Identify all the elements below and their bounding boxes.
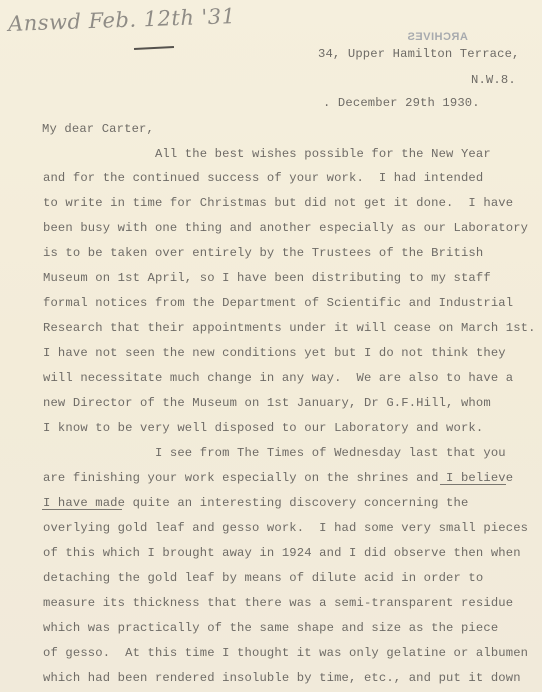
body-line: I have not seen the new conditions yet b… — [43, 346, 506, 360]
body-line: of gesso. At this time I thought it was … — [43, 646, 528, 660]
body-line: formal notices from the Department of Sc… — [43, 296, 513, 310]
handwritten-annotation: Answd Feb. 12th '31 — [8, 4, 236, 36]
body-line: measure its thickness that there was a s… — [43, 596, 513, 610]
body-line: Research that their appointments under i… — [43, 321, 536, 335]
body-line: which was practically of the same shape … — [43, 621, 498, 635]
body-line: I know to be very well disposed to our L… — [43, 421, 483, 435]
handwritten-underline — [134, 46, 174, 50]
body-line: new Director of the Museum on 1st Januar… — [43, 396, 491, 410]
body-line: been busy with one thing and another esp… — [43, 221, 528, 235]
body-line: will necessitate much change in any way.… — [43, 371, 513, 385]
underline-i-have-made — [42, 509, 122, 510]
address-district: N.W.8. — [471, 73, 516, 87]
address-street: 34, Upper Hamilton Terrace, — [318, 47, 520, 61]
salutation: My dear Carter, — [42, 122, 154, 136]
body-line: Museum on 1st April, so I have been dist… — [43, 271, 491, 285]
body-line: I have made quite an interesting discove… — [43, 496, 468, 510]
body-line: I see from The Times of Wednesday last t… — [43, 446, 506, 460]
body-line: of this which I brought away in 1924 and… — [43, 546, 521, 560]
body-line: is to be taken over entirely by the Trus… — [43, 246, 483, 260]
letter-page: Answd Feb. 12th '31 ARCHIVES 34, Upper H… — [0, 0, 542, 692]
body-line: which had been rendered insoluble by tim… — [43, 671, 521, 685]
body-line: detaching the gold leaf by means of dilu… — [43, 571, 483, 585]
body-line: and for the continued success of your wo… — [43, 171, 483, 185]
letter-date: . December 29th 1930. — [323, 96, 480, 110]
body-line: are finishing your work especially on th… — [43, 471, 513, 485]
underline-i-believe — [440, 484, 506, 485]
body-line: to write in time for Christmas but did n… — [43, 196, 513, 210]
body-line: overlying gold leaf and gesso work. I ha… — [43, 521, 528, 535]
body-line: All the best wishes possible for the New… — [43, 147, 491, 161]
archive-stamp: ARCHIVES — [407, 31, 468, 43]
